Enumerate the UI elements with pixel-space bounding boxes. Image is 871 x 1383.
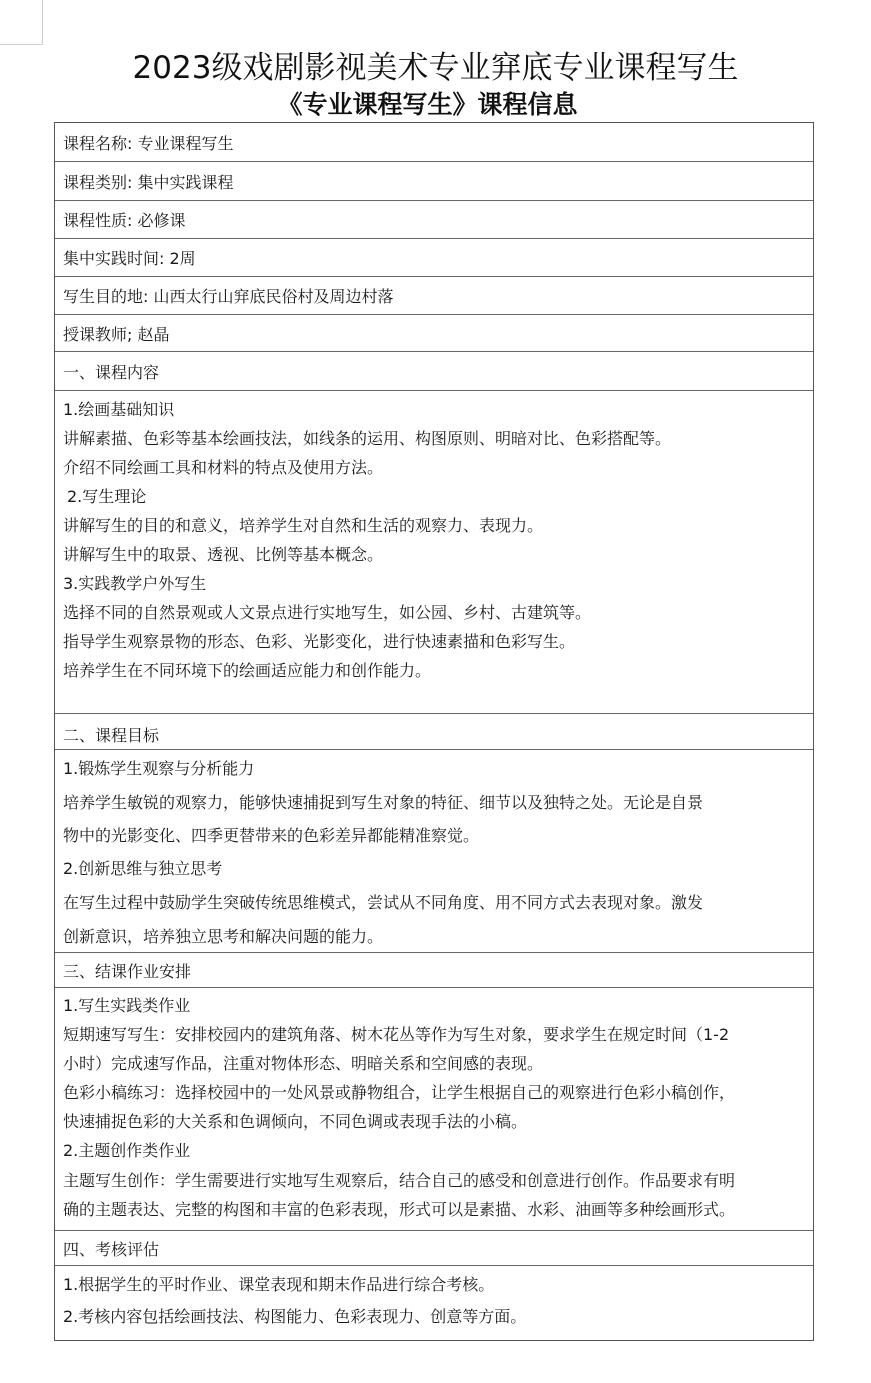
- content-line: 培养学生在不同环境下的绘画适应能力和创作能力。: [63, 661, 431, 681]
- content-line: 介绍不同绘画工具和材料的特点及使用方法。: [63, 458, 383, 478]
- content-line: 2.主题创作类作业: [63, 1141, 190, 1161]
- course-nature-text: 课程性质: 必修课: [63, 208, 185, 231]
- content-line: 2.创新思维与独立思考: [63, 859, 222, 879]
- content-line: 2.考核内容包括绘画技法、构图能力、色彩表现力、创意等方面。: [63, 1307, 526, 1327]
- section-heading-text: 四、考核评估: [63, 1237, 159, 1260]
- section-body-course-goals: 1.锻炼学生观察与分析能力 培养学生敏锐的观察力，能够快速捕捉到写生对象的特征、…: [55, 750, 813, 953]
- teacher-text: 授课教师; 赵晶: [63, 322, 169, 345]
- section-body-assignments: 1.写生实践类作业 短期速写写生：安排校园内的建筑角落、树木花丛等作为写生对象，…: [55, 988, 813, 1231]
- course-category-text: 课程类别: 集中实践课程: [63, 170, 233, 193]
- content-line: 小时）完成速写作品，注重对物体形态、明暗关系和空间感的表现。: [63, 1054, 543, 1074]
- section-heading-text: 三、结课作业安排: [63, 959, 191, 982]
- info-row-course-nature: 课程性质: 必修课: [55, 201, 813, 239]
- info-row-course-category: 课程类别: 集中实践课程: [55, 162, 813, 201]
- section-heading-course-content: 一、课程内容: [55, 352, 813, 391]
- content-line: 2.写生理论: [67, 487, 146, 507]
- content-line: 1.锻炼学生观察与分析能力: [63, 759, 254, 779]
- content-line: 讲解写生中的取景、透视、比例等基本概念。: [63, 545, 383, 565]
- info-row-course-name: 课程名称: 专业课程写生: [55, 123, 813, 162]
- section-heading-course-goals: 二、课程目标: [55, 714, 813, 750]
- content-line: 讲解写生的目的和意义，培养学生对自然和生活的观察力、表现力。: [63, 516, 543, 536]
- course-info-table: 课程名称: 专业课程写生 课程类别: 集中实践课程 课程性质: 必修课 集中实践…: [54, 122, 814, 1341]
- content-line: 1.绘画基础知识: [63, 400, 174, 420]
- content-line: 培养学生敏锐的观察力，能够快速捕捉到写生对象的特征、细节以及独特之处。无论是自景: [63, 793, 703, 813]
- course-name-text: 课程名称: 专业课程写生: [63, 131, 233, 154]
- info-row-teacher: 授课教师; 赵晶: [55, 315, 813, 352]
- info-row-destination: 写生目的地: 山西太行山穽底民俗村及周边村落: [55, 277, 813, 315]
- content-line: 快速捕捉色彩的大关系和色调倾向，不同色调或表现手法的小稿。: [63, 1112, 527, 1132]
- content-line: 物中的光影变化、四季更替带来的色彩差异都能精准察觉。: [63, 826, 479, 846]
- document-title: 2023级戏剧影视美术专业穽底专业课程写生: [0, 48, 871, 88]
- destination-text: 写生目的地: 山西太行山穽底民俗村及周边村落: [63, 284, 393, 307]
- document-subtitle: 《专业课程写生》课程信息: [0, 88, 863, 122]
- section-heading-text: 一、课程内容: [63, 360, 159, 383]
- section-heading-assessment: 四、考核评估: [55, 1231, 813, 1266]
- content-line: 在写生过程中鼓励学生突破传统思维模式，尝试从不同角度、用不同方式去表现对象。激发: [63, 893, 703, 913]
- content-line: 1.根据学生的平时作业、课堂表现和期末作品进行综合考核。: [63, 1275, 494, 1295]
- content-line: 短期速写写生：安排校园内的建筑角落、树木花丛等作为写生对象，要求学生在规定时间（…: [63, 1025, 729, 1045]
- section-body-course-content: 1.绘画基础知识 讲解素描、色彩等基本绘画技法，如线条的运用、构图原则、明暗对比…: [55, 391, 813, 714]
- content-line: 指导学生观察景物的形态、色彩、光影变化，进行快速素描和色彩写生。: [63, 632, 575, 652]
- section-heading-assignments: 三、结课作业安排: [55, 953, 813, 988]
- section-body-assessment: 1.根据学生的平时作业、课堂表现和期末作品进行综合考核。 2.考核内容包括绘画技…: [55, 1266, 813, 1342]
- content-line: 主题写生创作：学生需要进行实地写生观察后，结合自己的感受和创意进行创作。作品要求…: [63, 1171, 735, 1191]
- content-line: 创新意识，培养独立思考和解决问题的能力。: [63, 927, 383, 947]
- content-line: 色彩小稿练习：选择校园中的一处风景或静物组合，让学生根据自己的观察进行色彩小稿创…: [63, 1083, 735, 1103]
- page-corner-mark: [0, 0, 43, 45]
- content-line: 选择不同的自然景观或人文景点进行实地写生，如公园、乡村、古建筑等。: [63, 603, 591, 623]
- info-row-practice-time: 集中实践时间: 2周: [55, 239, 813, 277]
- section-heading-text: 二、课程目标: [63, 723, 159, 746]
- content-line: 1.写生实践类作业: [63, 996, 190, 1016]
- practice-time-text: 集中实践时间: 2周: [63, 246, 196, 269]
- content-line: 3.实践教学户外写生: [63, 574, 206, 594]
- content-line: 讲解素描、色彩等基本绘画技法，如线条的运用、构图原则、明暗对比、色彩搭配等。: [63, 429, 671, 449]
- content-line: 确的主题表达、完整的构图和丰富的色彩表现，形式可以是素描、水彩、油画等多种绘画形…: [63, 1200, 735, 1220]
